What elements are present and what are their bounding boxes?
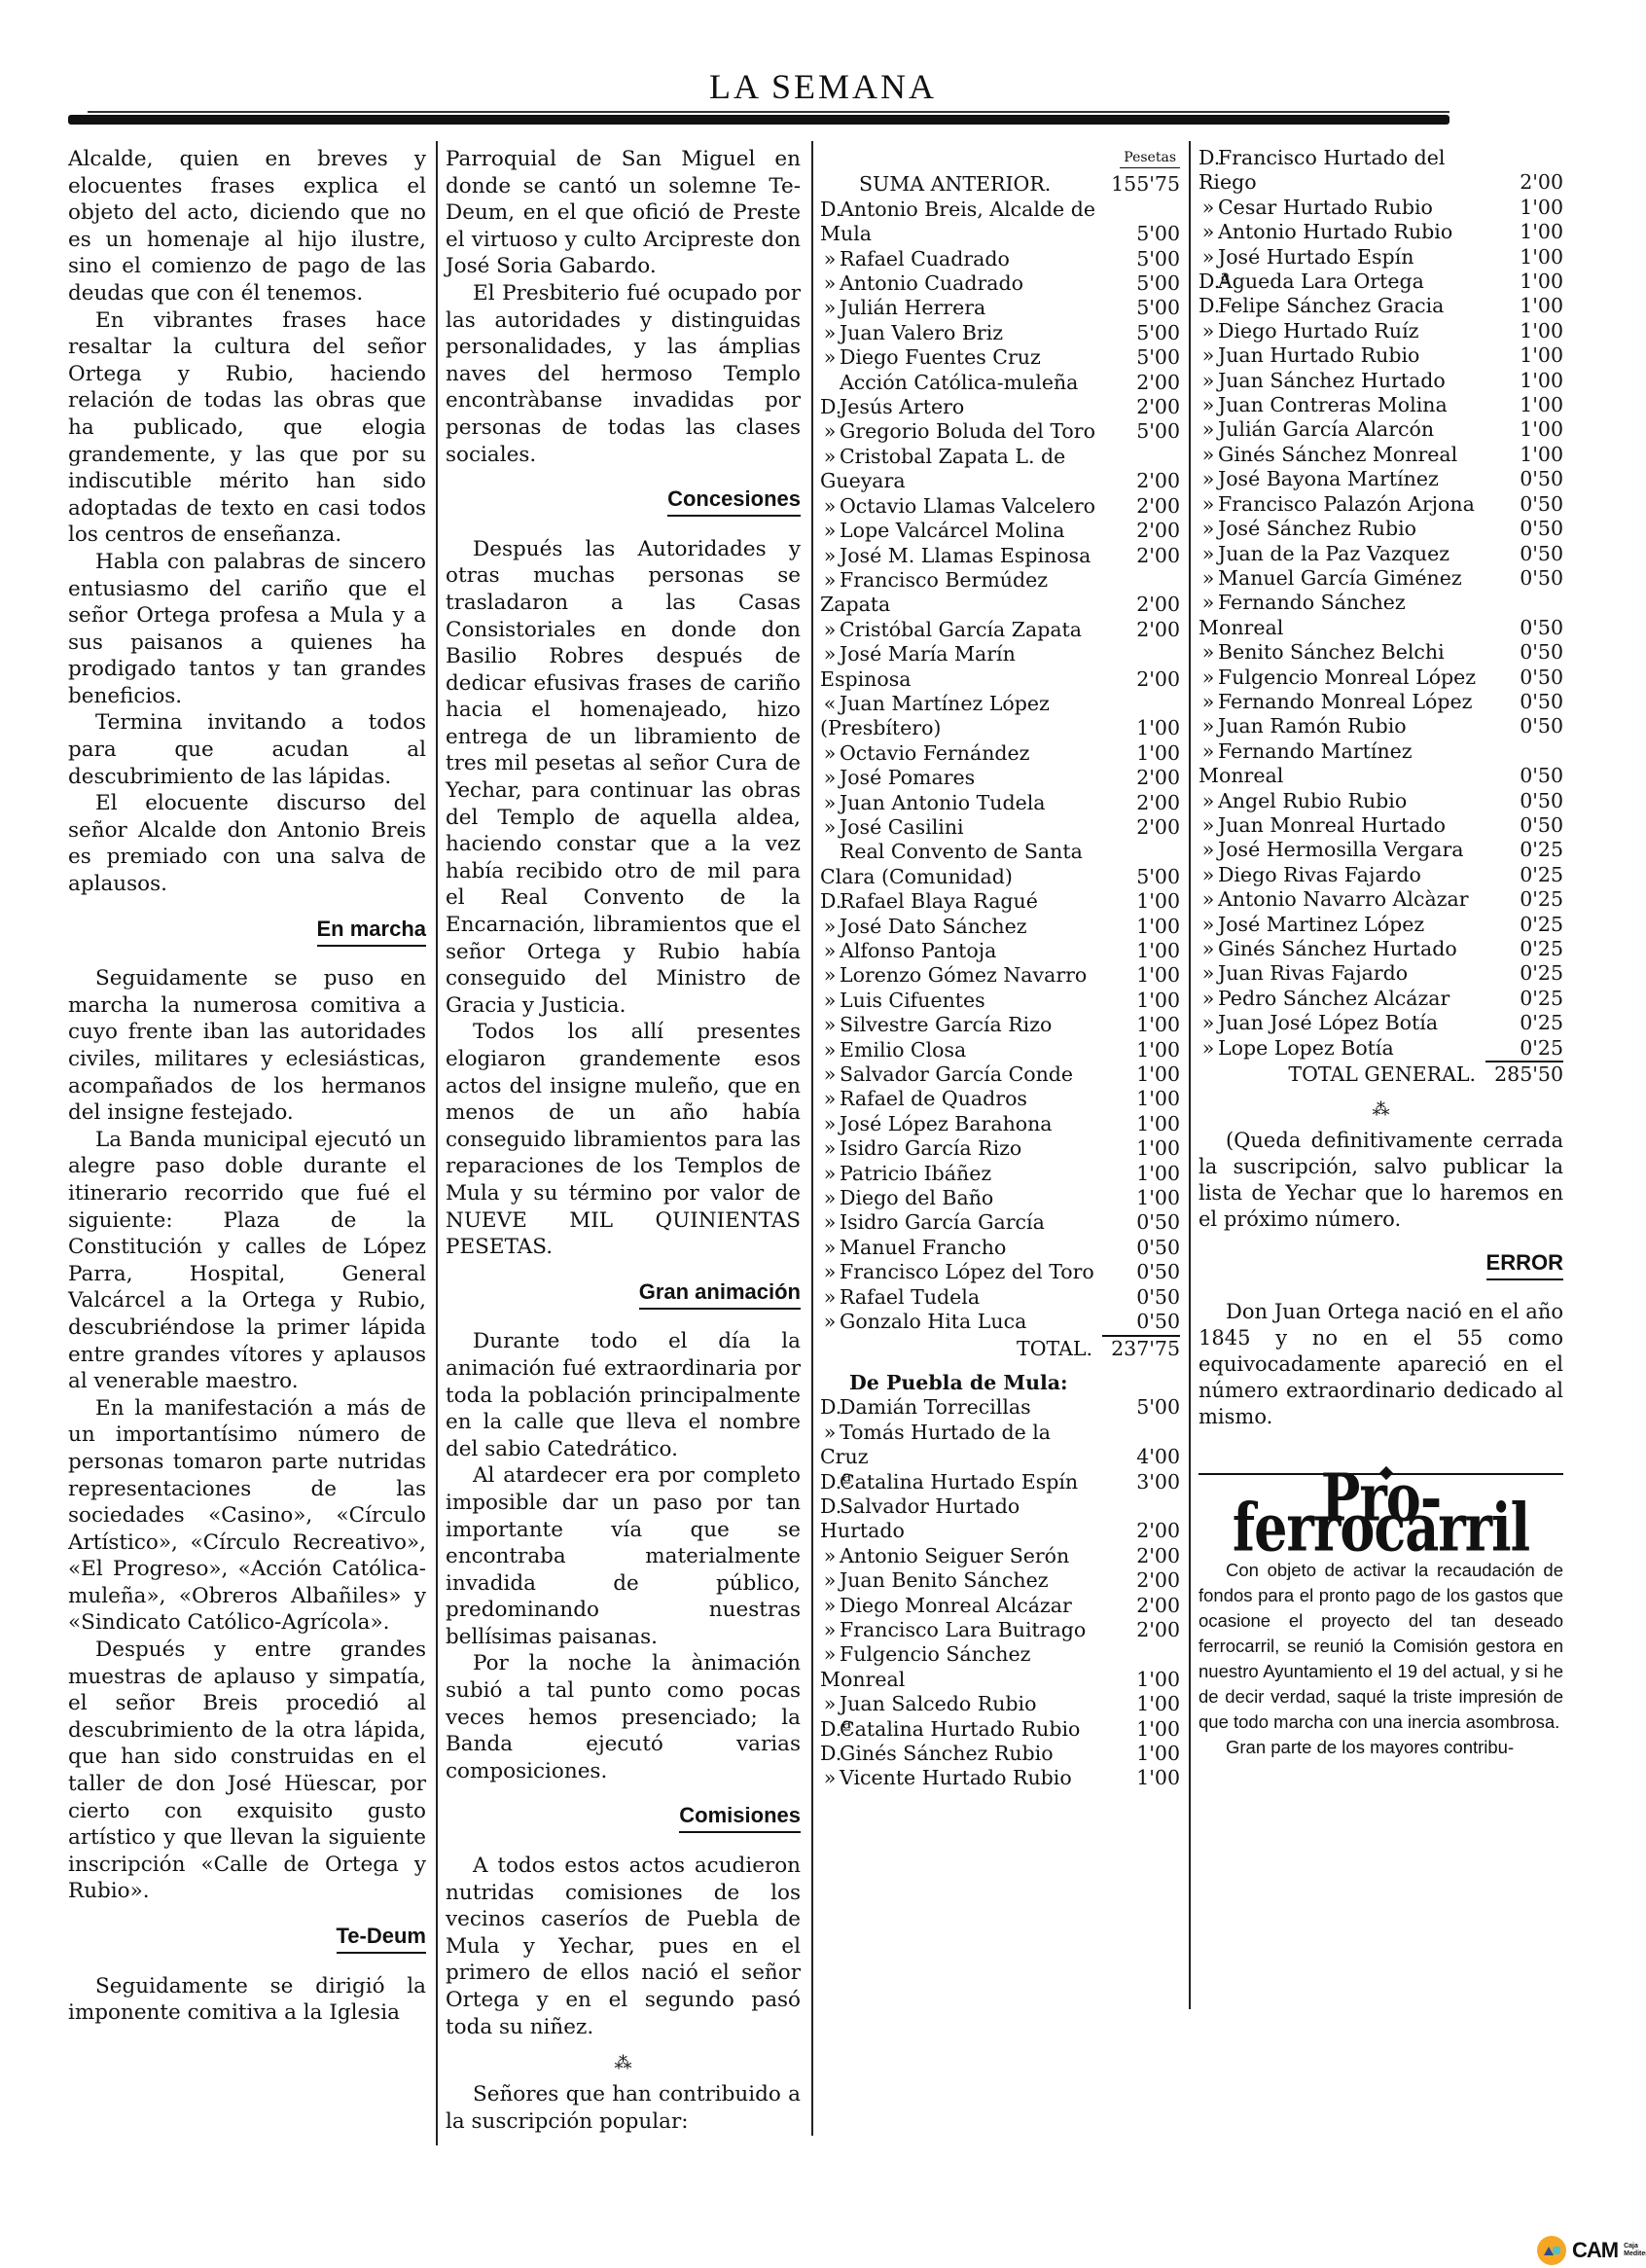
contributor-name: José Hurtado Espín [1218,245,1413,269]
honorific-prefix: » [1199,838,1218,862]
contribution-amount: 1'00 [1102,963,1180,988]
contributor-name: Francisco Hurtado del Riego [1199,146,1445,194]
contributor-row: »José López Barahona1'00 [820,1112,1180,1136]
contributor-row: »Francisco Lara Buitrago2'00 [820,1618,1180,1642]
honorific-prefix: » [1199,467,1218,491]
contributor-row: »Manuel Francho0'50 [820,1236,1180,1260]
honorific-prefix: » [1199,517,1218,541]
contribution-amount: 2'00 [1485,170,1563,195]
contributor-name: Rafael Blaya Ragué [840,889,1038,913]
contributor-row: »Fernando Martínez Monreal0'50 [1199,739,1563,789]
contributor-name: Ginés Sánchez Hurtado [1218,937,1457,960]
contribution-amount: 0'50 [1485,467,1563,491]
contributor-name: Acción Católica-muleña [840,371,1078,394]
contribution-amount: 1'00 [1485,245,1563,270]
contributor-row: »Juan Hurtado Rubio1'00 [1199,343,1563,368]
honorific-prefix: D. [820,1742,840,1766]
paragraph: Alcalde, quien en breves y elocuentes fr… [68,146,426,307]
contribution-amount: 0'25 [1485,937,1563,961]
contributor-row: »Angel Rubio Rubio0'50 [1199,789,1563,813]
contributor-row: »Antonio Seiguer Serón2'00 [820,1544,1180,1568]
contributor-row: »Juan Sánchez Hurtado1'00 [1199,369,1563,393]
contributor-row: »Luis Cifuentes1'00 [820,989,1180,1013]
column-divider [436,141,438,2145]
contributor-name: Lorenzo Gómez Navarro [840,963,1087,987]
honorific-prefix: » [820,1038,840,1062]
contributor-row: »Diego del Baño1'00 [820,1186,1180,1210]
paragraph: En vibrantes frases hace resaltar la cul… [68,307,426,549]
contribution-amount: 1'00 [1485,369,1563,393]
honorific-prefix: » [820,1421,840,1445]
honorific-prefix: » [820,1692,840,1716]
contributor-row: »José Casilini2'00 [820,815,1180,840]
contributor-row: »Gregorio Boluda del Toro5'00 [820,419,1180,444]
paragraph: Por la noche la ànimación subió a tal pu… [446,1650,801,1784]
contribution-amount: 1'00 [1102,1717,1180,1742]
honorific-prefix: » [1199,789,1218,813]
contribution-amount: 5'00 [1102,321,1180,345]
honorific-prefix: D.ª [1199,270,1218,294]
column-1: Alcalde, quien en breves y elocuentes fr… [68,146,426,2027]
contribution-amount: 1'00 [1485,417,1563,442]
contribution-amount: 5'00 [1102,1395,1180,1420]
suma-anterior-row: SUMA ANTERIOR. 155'75 [820,172,1180,197]
contribution-amount: 2'00 [1102,1594,1180,1618]
honorific-prefix: » [1199,714,1218,738]
contribution-amount: 3'00 [1102,1470,1180,1494]
contributor-row: »José Bayona Martínez0'50 [1199,467,1563,491]
section-heading-comisiones: Comisiones [446,1802,801,1829]
contributor-row: D.Francisco Hurtado del Riego2'00 [1199,146,1563,196]
contributor-row: »Rafael de Quadros1'00 [820,1087,1180,1111]
paragraph: Después y entre grandes muestras de apla… [68,1637,426,1905]
contributor-name: Agueda Lara Ortega [1218,270,1424,293]
contributor-row: »Cristóbal García Zapata2'00 [820,618,1180,642]
contribution-amount: 2'00 [1102,766,1180,790]
contributor-name: Antonio Navarro Alcàzar [1218,887,1469,911]
contributor-row: »Francisco López del Toro0'50 [820,1260,1180,1284]
contribution-amount: 0'50 [1485,764,1563,788]
honorific-prefix: D. [1199,294,1218,318]
honorific-prefix: » [1199,492,1218,517]
contributor-name: Emilio Closa [840,1038,966,1062]
honorific-prefix: » [820,1112,840,1136]
contribution-amount: 1'00 [1102,1062,1180,1087]
honorific-prefix: » [1199,591,1218,615]
contributor-row: D.Antonio Breis, Alcalde de Mula5'00 [820,198,1180,247]
honorific-prefix: » [820,1186,840,1210]
contributor-name: Julián García Alarcón [1218,417,1434,441]
contribution-amount: 1'00 [1102,1013,1180,1037]
contributor-name: Jesús Artero [840,395,964,418]
honorific-prefix: » [1199,913,1218,937]
contributor-row: »Ginés Sánchez Monreal1'00 [1199,443,1563,467]
contributor-name: Diego Monreal Alcázar [840,1594,1072,1617]
contributor-name: Salvador García Conde [840,1062,1073,1086]
contributor-name: Benito Sánchez Belchi [1218,640,1445,664]
contributor-name: Diego del Baño [840,1186,993,1209]
paragraph: El elocuente discurso del señor Alcalde … [68,790,426,897]
contributor-name: Diego Rivas Fajardo [1218,863,1421,886]
contributor-name: Fernando Monreal López [1218,690,1472,713]
contributor-row: »José M. Llamas Espinosa2'00 [820,544,1180,568]
contributor-name: Juan Ramón Rubio [1218,714,1407,738]
honorific-prefix: » [820,1544,840,1568]
contribution-amount: 2'00 [1102,371,1180,395]
honorific-prefix: » [820,618,840,642]
contributor-name: José Pomares [840,766,975,789]
honorific-prefix: » [820,271,840,296]
honorific-prefix: » [820,1236,840,1260]
asterism-separator: ⁂ [446,2056,801,2071]
contributor-name: Cesar Hurtado Rubio [1218,196,1433,219]
puebla-contributor-list: D.Damián Torrecillas5'00»Tomás Hurtado d… [820,1395,1180,1791]
contributor-row: »José María Marín Espinosa2'00 [820,642,1180,692]
contribution-amount: 0'50 [1485,690,1563,714]
contribution-amount: 1'00 [1102,1742,1180,1766]
honorific-prefix: » [1199,887,1218,912]
contributor-name: Juan José López Botía [1218,1011,1438,1034]
honorific-prefix: » [820,321,840,345]
honorific-prefix: » [820,642,840,666]
contributor-name: Manuel García Giménez [1218,566,1462,590]
section-heading-en-marcha: En marcha [68,916,426,943]
contributor-row: »Fulgencio Sánchez Monreal1'00 [820,1642,1180,1692]
column-divider [811,141,813,2136]
contribution-amount: 1'00 [1102,1112,1180,1136]
contribution-amount: 2'00 [1102,544,1180,568]
contributor-name: Lope Valcárcel Molina [840,519,1065,542]
contributor-name: Juan Salcedo Rubio [840,1692,1036,1715]
contributor-name: Antonio Cuadrado [840,271,1023,295]
contribution-amount: 2'00 [1102,395,1180,419]
contributor-row: »Juan Salcedo Rubio1'00 [820,1692,1180,1716]
contributor-name: Rafael Tudela [840,1285,980,1309]
honorific-prefix: D.ª [820,1470,840,1494]
contributor-row: »Lope Lopez Botía0'25 [1199,1036,1563,1061]
contribution-amount: 2'00 [1102,1618,1180,1642]
total-row: TOTAL. 237'75 [820,1337,1180,1361]
contribution-amount: 0'50 [1102,1260,1180,1284]
contributor-row: »Julián Herrera5'00 [820,296,1180,320]
paragraph: Parroquial de San Miguel en donde se can… [446,146,801,280]
pro-ferrocarril-body: Con objeto de activar la recaudación de … [1199,1558,1563,1760]
contribution-amount: 2'00 [1102,469,1180,493]
contributor-list: D.Antonio Breis, Alcalde de Mula5'00»Raf… [820,198,1180,1335]
paragraph: Todos los allí presentes elogiaron grand… [446,1019,801,1260]
honorific-prefix: » [1199,369,1218,393]
honorific-prefix: » [820,741,840,766]
contribution-amount: 2'00 [1102,519,1180,543]
honorific-prefix: » [1199,1011,1218,1035]
contribution-amount: 0'50 [1485,789,1563,813]
contributor-name: José Martinez López [1218,913,1424,936]
contributor-name: José Hermosilla Vergara [1218,838,1463,861]
contributor-name: Juan Martínez López (Presbítero) [820,692,1050,739]
masthead-title: LA SEMANA [0,66,1646,107]
contributor-row: »Salvador García Conde1'00 [820,1062,1180,1087]
contributor-name: José Dato Sánchez [840,915,1027,938]
contributor-name: Lope Lopez Botía [1218,1036,1394,1060]
contributor-name: Isidro García García [840,1210,1045,1234]
contributor-row: »Tomás Hurtado de la Cruz4'00 [820,1421,1180,1470]
contributor-row: »Benito Sánchez Belchi0'50 [1199,640,1563,665]
contribution-amount: 1'00 [1485,294,1563,318]
contributor-row: »Juan Rivas Fajardo0'25 [1199,961,1563,986]
section-heading-concesiones: Concesiones [446,486,801,513]
honorific-prefix: » [1199,220,1218,244]
cam-watermark-logo: CAM Caja Mediterráneo [1537,2236,1646,2265]
contribution-amount: 5'00 [1102,865,1180,889]
contributor-name: Fernando Martínez Monreal [1199,739,1413,787]
contribution-amount: 1'00 [1102,989,1180,1013]
contribution-amount: 2'00 [1102,494,1180,519]
honorific-prefix: » [1199,566,1218,591]
contribution-amount: 1'00 [1102,1766,1180,1790]
section-heading-error: ERROR [1199,1250,1563,1275]
contributor-row: D.Jesús Artero2'00 [820,395,1180,419]
honorific-prefix: D. [820,198,840,222]
contribution-amount: 2'00 [1102,667,1180,692]
contribution-amount: 0'25 [1485,863,1563,887]
honorific-prefix: » [820,445,840,469]
contribution-amount: 2'00 [1102,593,1180,617]
honorific-prefix: » [820,544,840,568]
contribution-amount: 1'00 [1102,741,1180,766]
paragraph: Después las Autoridades y otras muchas p… [446,536,801,1020]
contributor-row: »Antonio Navarro Alcàzar0'25 [1199,887,1563,912]
contributor-row: »Fulgencio Monreal López0'50 [1199,666,1563,690]
honorific-prefix: » [1199,319,1218,343]
contribution-amount: 1'00 [1102,1186,1180,1210]
column-4: D.Francisco Hurtado del Riego2'00»Cesar … [1199,146,1563,1760]
contribution-amount: 2'00 [1102,1519,1180,1543]
contribution-amount: 1'00 [1102,915,1180,939]
honorific-prefix: » [1199,417,1218,442]
honorific-prefix: » [1199,196,1218,220]
section-heading-te-deum: Te-Deum [68,1923,426,1950]
contribution-amount: 1'00 [1485,270,1563,294]
contribution-amount: 5'00 [1102,419,1180,444]
honorific-prefix: » [1199,640,1218,665]
contributor-row: D.Damián Torrecillas5'00 [820,1395,1180,1420]
honorific-prefix: » [820,494,840,519]
contributor-row: »Fernando Monreal López0'50 [1199,690,1563,714]
contributor-row: »Gonzalo Hita Luca0'50 [820,1310,1180,1334]
paragraph: Seguidamente se dirigió la imponente com… [68,1973,426,2027]
contributor-row: »Antonio Hurtado Rubio1'00 [1199,220,1563,244]
honorific-prefix: » [1199,987,1218,1011]
contributor-name: Juan Valero Briz [840,321,1003,344]
contribution-amount: 2'00 [1102,1568,1180,1593]
contributor-row: D.Salvador Hurtado Hurtado2'00 [820,1494,1180,1544]
contributor-name: Juan Monreal Hurtado [1218,813,1446,837]
honorific-prefix: » [820,815,840,840]
contributor-row: »Diego Monreal Alcázar2'00 [820,1594,1180,1618]
contributor-row: D.Ginés Sánchez Rubio1'00 [820,1742,1180,1766]
contributor-name: Antonio Hurtado Rubio [1218,220,1452,243]
contributor-row: D.Rafael Blaya Ragué1'00 [820,889,1180,914]
contributor-name: Francisco Bermúdez Zapata [820,568,1048,616]
contributor-row: D.ªAgueda Lara Ortega1'00 [1199,270,1563,294]
closing-note: (Queda definitivamente cerrada la suscri… [1199,1128,1563,1233]
honorific-prefix: » [820,1162,840,1186]
honorific-prefix: » [820,568,840,593]
honorific-prefix: » [820,1260,840,1284]
contributor-name: Juan de la Paz Vazquez [1218,542,1449,565]
contributor-name: Antonio Breis, Alcalde de Mula [820,198,1095,245]
contribution-amount: 0'25 [1485,1036,1563,1061]
contributor-row: »Cristobal Zapata L. de Gueyara2'00 [820,445,1180,494]
contribution-amount: 5'00 [1102,222,1180,246]
contributor-row: »Diego Hurtado Ruíz1'00 [1199,319,1563,343]
contributor-name: Manuel Francho [840,1236,1006,1259]
honorific-prefix: » [820,939,840,963]
contributor-row: »Pedro Sánchez Alcázar0'25 [1199,987,1563,1011]
honorific-prefix: » [820,1285,840,1310]
honorific-prefix: » [820,1013,840,1037]
total-general-row: TOTAL GENERAL. 285'50 [1199,1062,1563,1087]
contributor-list: D.Francisco Hurtado del Riego2'00»Cesar … [1199,146,1563,1061]
paragraph: Seguidamente se puso en marcha la numero… [68,965,426,1127]
contributor-row: »José Dato Sánchez1'00 [820,915,1180,939]
contributor-row: »José Hurtado Espín1'00 [1199,245,1563,270]
honorific-prefix: » [820,963,840,988]
contribution-amount: 1'00 [1485,319,1563,343]
contributor-name: Gregorio Boluda del Toro [840,419,1095,443]
column-3-subscription-list: Pesetas SUMA ANTERIOR. 155'75 D.Antonio … [820,146,1180,1791]
contributor-row: »Manuel García Giménez0'50 [1199,566,1563,591]
honorific-prefix: » [820,419,840,444]
honorific-prefix: D. [1199,146,1218,170]
cam-logo-icon [1537,2236,1566,2265]
contributor-name: Fulgencio Sánchez Monreal [820,1642,1030,1690]
honorific-prefix: » [820,1087,840,1111]
honorific-prefix: « [820,692,840,716]
contributor-row: D.ªCatalina Hurtado Rubio1'00 [820,1717,1180,1742]
contributor-row: »Patricio Ibáñez1'00 [820,1162,1180,1186]
contribution-amount: 0'50 [1485,813,1563,838]
honorific-prefix: » [1199,393,1218,417]
contributor-name: Juan Benito Sánchez [840,1568,1049,1592]
contributor-name: Real Convento de Santa Clara (Comunidad) [820,840,1083,887]
honorific-prefix: » [820,1062,840,1087]
contributor-row: »Rafael Tudela0'50 [820,1285,1180,1310]
contributor-name: Patricio Ibáñez [840,1162,991,1185]
contribution-amount: 1'00 [1102,1162,1180,1186]
contributor-name: Rafael de Quadros [840,1087,1027,1110]
honorific-prefix: » [820,247,840,271]
contribution-amount: 1'00 [1485,393,1563,417]
contributor-row: »José Hermosilla Vergara0'25 [1199,838,1563,862]
honorific-prefix: » [820,1568,840,1593]
contributor-row: »José Sánchez Rubio0'50 [1199,517,1563,541]
column-2: Parroquial de San Miguel en donde se can… [446,146,801,2135]
honorific-prefix: » [820,296,840,320]
honorific-prefix: » [820,1594,840,1618]
contribution-amount: 0'50 [1485,566,1563,591]
contribution-amount: 0'25 [1485,887,1563,912]
contributor-row: »Vicente Hurtado Rubio1'00 [820,1766,1180,1790]
honorific-prefix: » [1199,343,1218,368]
contributor-name: Rafael Cuadrado [840,247,1010,270]
contributor-row: »Fernando Sánchez Monreal0'50 [1199,591,1563,640]
contribution-amount: 0'50 [1102,1285,1180,1310]
contributor-name: Salvador Hurtado Hurtado [820,1494,1020,1542]
contributor-row: »José Martinez López0'25 [1199,913,1563,937]
honorific-prefix: » [820,345,840,370]
honorific-prefix: » [1199,666,1218,690]
paragraph: En la manifestación a más de un importan… [68,1395,426,1637]
contributor-name: Ginés Sánchez Monreal [1218,443,1457,466]
contribution-amount: 0'50 [1485,492,1563,517]
contribution-amount: 0'50 [1485,640,1563,665]
contribution-amount: 2'00 [1102,1544,1180,1568]
contributor-row: D.ªCatalina Hurtado Espín3'00 [820,1470,1180,1494]
honorific-prefix: » [820,1618,840,1642]
contributor-name: Luis Cifuentes [840,989,985,1012]
contributor-name: Fernando Sánchez Monreal [1199,591,1406,638]
contributor-name: Felipe Sánchez Gracia [1218,294,1444,317]
contribution-amount: 0'50 [1102,1236,1180,1260]
contribution-amount: 0'50 [1485,714,1563,738]
contributor-name: Alfonso Pantoja [840,939,996,962]
contributor-name: Francisco Palazón Arjona [1218,492,1475,516]
honorific-prefix: » [820,1136,840,1161]
contribution-amount: 1'00 [1485,196,1563,220]
honorific-prefix: » [820,1766,840,1790]
contribution-amount: 1'00 [1102,939,1180,963]
contribution-amount: 0'50 [1102,1310,1180,1334]
contribution-amount: 1'00 [1102,1668,1180,1692]
contributor-name: Fulgencio Monreal López [1218,666,1476,689]
contribution-amount: 0'50 [1485,517,1563,541]
contributor-row: »Francisco Bermúdez Zapata2'00 [820,568,1180,618]
contribution-amount: 5'00 [1102,271,1180,296]
honorific-prefix: » [820,989,840,1013]
paragraph: Al atardecer era por completo imposible … [446,1462,801,1650]
contributor-row: »Isidro García Rizo1'00 [820,1136,1180,1161]
paragraph: La Banda municipal ejecutó un alegre pas… [68,1127,426,1395]
contributor-row: »Juan Benito Sánchez2'00 [820,1568,1180,1593]
honorific-prefix: D.ª [820,1717,840,1742]
contributor-row: »Juan José López Botía0'25 [1199,1011,1563,1035]
puebla-heading: De Puebla de Mula: [820,1371,1180,1395]
cam-subtitle: Caja Mediterráneo [1624,2243,1646,2258]
contributor-row: D.Felipe Sánchez Gracia1'00 [1199,294,1563,318]
honorific-prefix: » [820,766,840,790]
honorific-prefix: » [820,1642,840,1667]
contributor-name: Angel Rubio Rubio [1218,789,1407,812]
contributor-name: José M. Llamas Espinosa [840,544,1091,567]
contribution-amount: 1'00 [1102,716,1180,740]
contributor-name: Juan Sánchez Hurtado [1218,369,1446,392]
paragraph: Gran parte de los mayores contribu- [1199,1735,1563,1760]
paragraph: Don Juan Ortega nació en el año 1845 y n… [1199,1299,1563,1430]
contributor-row: »Isidro García García0'50 [820,1210,1180,1235]
honorific-prefix: » [1199,937,1218,961]
contribution-amount: 1'00 [1102,1038,1180,1062]
paragraph: Señores que han contribuido a la suscrip… [446,2081,801,2135]
honorific-prefix: » [1199,542,1218,566]
paragraph: Termina invitando a todos para que acuda… [68,709,426,790]
contributor-row: »Diego Rivas Fajardo0'25 [1199,863,1563,887]
contributor-row: »José Pomares2'00 [820,766,1180,790]
contributor-row: »Diego Fuentes Cruz5'00 [820,345,1180,370]
currency-header: Pesetas [820,146,1180,170]
contributor-row: »Ginés Sánchez Hurtado0'25 [1199,937,1563,961]
honorific-prefix: » [820,1210,840,1235]
